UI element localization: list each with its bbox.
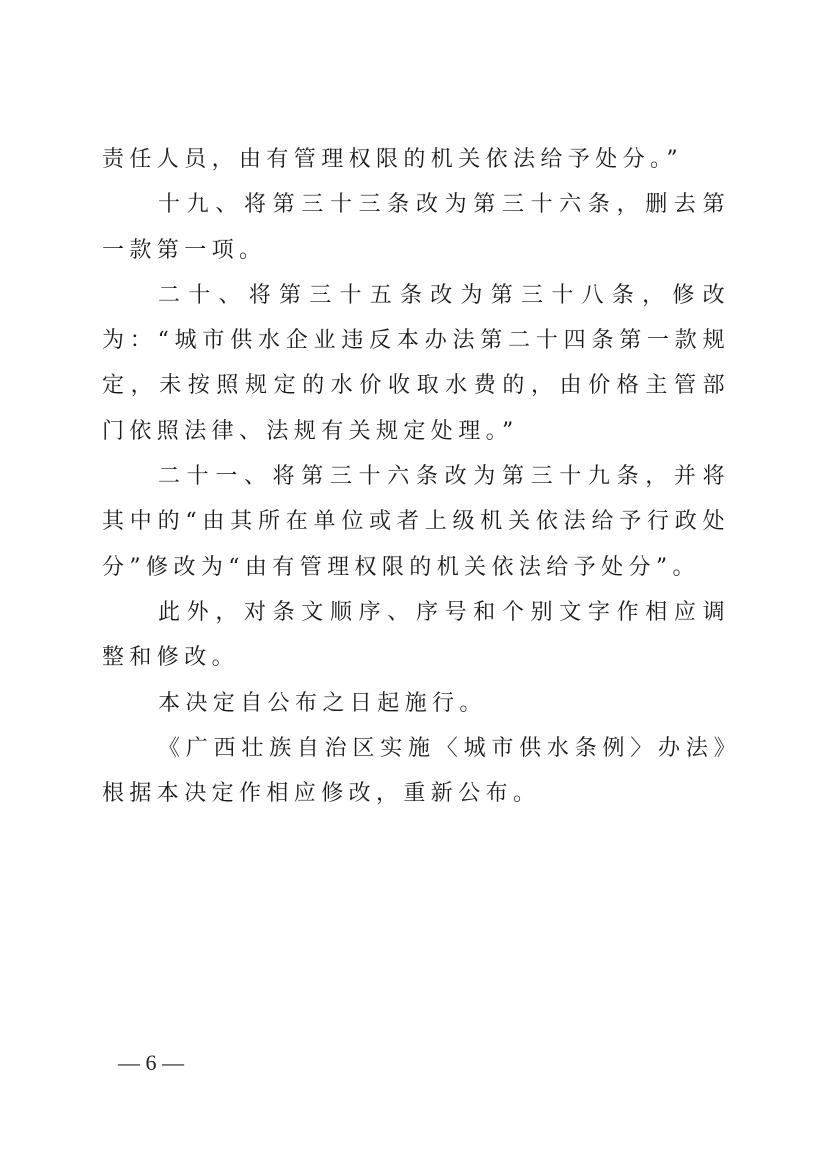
paragraph-item-19: 十九、将第三十三条改为第三十六条，删去第一款第一项。 xyxy=(102,182,730,273)
paragraph-effective-date: 本决定自公布之日起施行。 xyxy=(102,681,730,726)
paragraph-republish: 《广西壮族自治区实施〈城市供水条例〉办法》根据本决定作相应修改，重新公布。 xyxy=(102,726,730,817)
paragraph-continuation: 责任人员，由有管理权限的机关依法给予处分。” xyxy=(102,137,730,182)
paragraph-item-20: 二十、将第三十五条改为第三十八条，修改为：“城市供水企业违反本办法第二十四条第一… xyxy=(102,273,730,454)
page-number: — 6 — xyxy=(118,1050,184,1076)
document-body: 责任人员，由有管理权限的机关依法给予处分。” 十九、将第三十三条改为第三十六条，… xyxy=(102,137,730,816)
paragraph-other-changes: 此外，对条文顺序、序号和个别文字作相应调整和修改。 xyxy=(102,590,730,681)
paragraph-item-21: 二十一、将第三十六条改为第三十九条，并将其中的“由其所在单位或者上级机关依法给予… xyxy=(102,454,730,590)
document-page: 责任人员，由有管理权限的机关依法给予处分。” 十九、将第三十三条改为第三十六条，… xyxy=(0,0,826,1169)
